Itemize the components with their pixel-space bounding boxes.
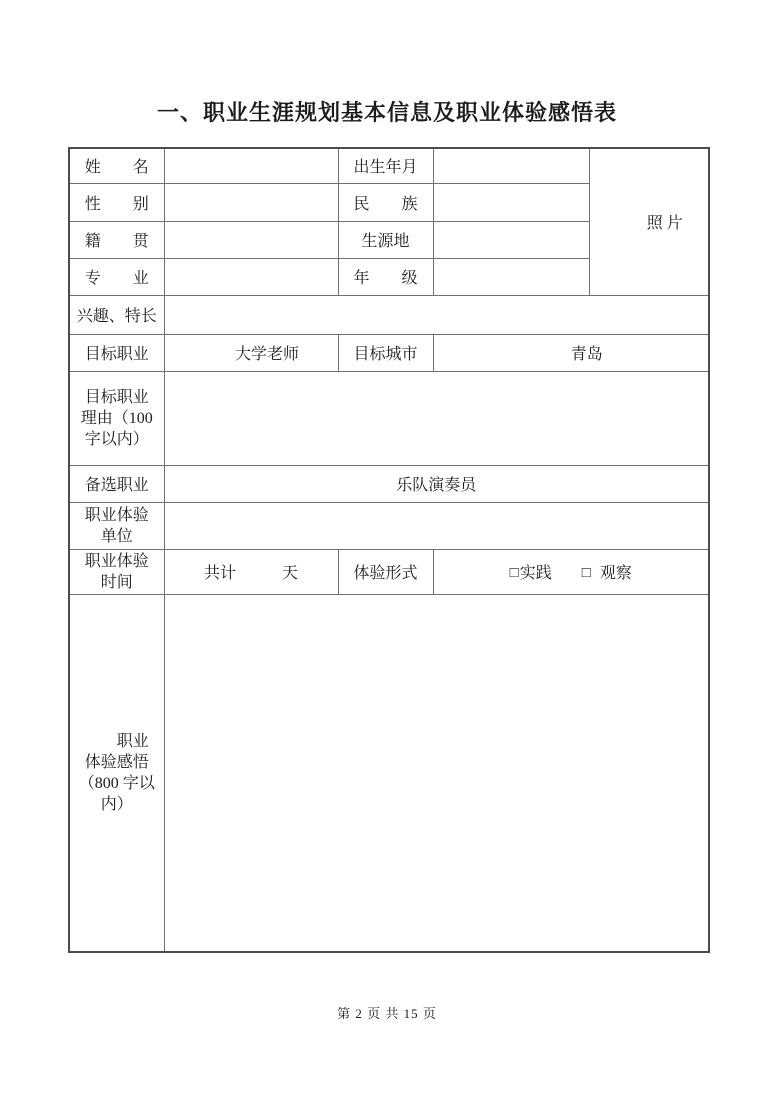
target-job-label-cell: 目标职业 [69,334,164,371]
option-label-practice: 实践 [520,565,552,582]
experience-form-option-practice[interactable]: □实践 [510,565,552,582]
label-line: 职业 [70,731,164,752]
name-label-cell: 姓 名 [69,148,164,183]
target-job-value-cell[interactable]: 大学老师 [164,334,338,371]
reflection-value-cell[interactable] [164,594,709,952]
checkbox-icon[interactable]: □ [510,565,519,581]
experience-form-option-observe[interactable]: □观察 [582,565,632,582]
label-line: 职业体验 [70,551,164,572]
birth-date-label-cell: 出生年月 [338,148,433,183]
row-name-birth: 姓 名 出生年月 照 片 [69,148,709,183]
label-line: 单位 [70,526,164,547]
label-line: 目标职业 [70,387,164,408]
native-place-label-cell: 籍 贯 [69,221,164,258]
origin-place-label-cell: 生源地 [338,221,433,258]
label-line: 字以内） [70,429,164,450]
interests-label-cell: 兴趣、特长 [69,295,164,334]
major-label-cell: 专 业 [69,258,164,295]
label-line: 职业体验 [70,505,164,526]
time-total-prefix: 共计 [204,565,236,582]
gender-label-cell: 性 别 [69,183,164,221]
experience-unit-value-cell[interactable] [164,502,709,549]
birth-date-value-cell[interactable] [433,148,589,183]
backup-job-value-cell[interactable]: 乐队演奏员 [164,465,709,502]
backup-job-label-cell: 备选职业 [69,465,164,502]
ethnicity-value-cell[interactable] [433,183,589,221]
label-line: 内） [70,794,164,815]
label-line: 时间 [70,572,164,593]
ethnicity-label-cell: 民 族 [338,183,433,221]
name-value-cell[interactable] [164,148,338,183]
document-page: 一、职业生涯规划基本信息及职业体验感悟表 姓 名 出生年月 照 片 性 别 民 … [0,0,774,1095]
label-line: 体验感悟 [70,752,164,773]
time-total-suffix: 天 [282,565,298,582]
experience-unit-label-cell: 职业体验 单位 [69,502,164,549]
experience-form-options-cell: □实践 □观察 [433,549,709,594]
row-target-job-reason: 目标职业 理由（100 字以内） [69,371,709,465]
row-experience-unit: 职业体验 单位 [69,502,709,549]
row-experience-time-form: 职业体验 时间 共计天 体验形式 □实践 □观察 [69,549,709,594]
experience-form-label-cell: 体验形式 [338,549,433,594]
row-backup-job: 备选职业 乐队演奏员 [69,465,709,502]
grade-label-cell: 年 级 [338,258,433,295]
native-place-value-cell[interactable] [164,221,338,258]
origin-place-value-cell[interactable] [433,221,589,258]
page-number-footer: 第 2 页 共 15 页 [0,1005,774,1023]
checkbox-icon[interactable]: □ [582,565,591,581]
option-label-observe: 观察 [600,565,632,582]
target-city-label-cell: 目标城市 [338,334,433,371]
row-target-job-city: 目标职业 大学老师 目标城市 青岛 [69,334,709,371]
target-job-reason-value-cell[interactable] [164,371,709,465]
row-reflection: 职业 体验感悟 （800 字以 内） [69,594,709,952]
grade-value-cell[interactable] [433,258,589,295]
photo-cell[interactable]: 照 片 [589,148,709,295]
gender-value-cell[interactable] [164,183,338,221]
row-interests: 兴趣、特长 [69,295,709,334]
major-value-cell[interactable] [164,258,338,295]
experience-time-value-cell: 共计天 [164,549,338,594]
target-job-reason-label-cell: 目标职业 理由（100 字以内） [69,371,164,465]
target-city-value-cell[interactable]: 青岛 [433,334,709,371]
label-line: 理由（100 [70,408,164,429]
label-line: （800 字以 [70,773,164,794]
interests-value-cell[interactable] [164,295,709,334]
career-form-table: 姓 名 出生年月 照 片 性 别 民 族 籍 贯 生源地 专 业 年 级 兴趣、 [68,147,710,953]
page-title: 一、职业生涯规划基本信息及职业体验感悟表 [0,98,774,128]
experience-time-label-cell: 职业体验 时间 [69,549,164,594]
reflection-label-cell: 职业 体验感悟 （800 字以 内） [69,594,164,952]
